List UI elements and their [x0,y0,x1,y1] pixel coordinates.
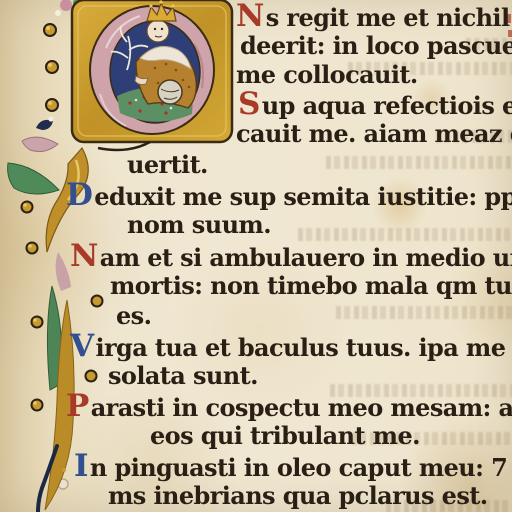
verse-text: uertit. [127,150,208,179]
verse-initial: P [66,388,89,424]
showthrough-line [326,156,512,169]
manuscript-line: Parasti in cospectu meo mesam: adu [66,392,512,422]
verse-text: deerit: in loco pascue i [240,31,512,60]
manuscript-line: nom suum. [127,211,271,239]
manuscript-line: cauit me. aiam meaz co [236,120,512,148]
manuscript-line: es. [116,302,151,330]
manuscript-line: Ns regit me et nichil [236,2,509,32]
manuscript-line: Nam et si ambulauero in medio um [70,242,512,272]
verse-text: mortis: non timebo mala qm tu me [110,271,512,300]
verse-text: ms inebrians qua pclarus est. [108,481,488,510]
verse-initial: D [66,177,92,213]
manuscript-line: mortis: non timebo mala qm tu me [110,272,512,300]
manuscript-line: Sup aqua refectiois ed [238,90,512,120]
manuscript-line: uertit. [127,151,208,179]
verse-initial: N [70,238,98,274]
manuscript-line: solata sunt. [108,362,258,390]
manuscript-line: Deduxit me sup semita iustitie: ppt [66,181,512,211]
illuminated-initial [70,0,236,164]
manuscript-line: Virga tua et baculus tuus. ipa me co [70,332,512,362]
tail-pink [56,252,71,291]
showthrough-line [298,228,512,241]
verse-text: up aqua refectiois ed [262,91,512,120]
manuscript-line: eos qui tribulant me. [150,422,420,450]
verse-text: n pinguasti in oleo caput meu: 7 ca [90,453,512,482]
green-leaf [8,163,59,194]
manuscript-line: me collocauit. [236,61,418,89]
verse-text: arasti in cospectu meo mesam: adu [91,393,512,422]
verse-text: irga tua et baculus tuus. ipa me co [95,333,512,362]
verse-text: am et si ambulauero in medio um [100,243,512,272]
manuscript-line: deerit: in loco pascue i [240,32,512,60]
manuscript-line: In pinguasti in oleo caput meu: 7 ca [74,452,512,482]
verse-initial: N [236,0,264,34]
verse-initial: V [70,328,93,364]
pink-curl [22,137,58,151]
verse-text: nom suum. [127,210,271,239]
verse-text: s regit me et nichil [266,3,510,32]
verse-text: es. [116,301,151,330]
verse-initial: S [238,86,260,122]
verse-text: eos qui tribulant me. [150,421,420,450]
showthrough-line [336,306,512,319]
verse-text: me collocauit. [236,60,418,89]
verse-initial: I [74,448,88,484]
verse-text: eduxit me sup semita iustitie: ppt [94,182,512,211]
king-head [147,20,169,42]
manuscript-page: Ns regit me et nichil deerit: in loco pa… [0,0,512,512]
verse-text: solata sunt. [108,361,258,390]
manuscript-line: ms inebrians qua pclarus est. [108,482,488,510]
verse-text: cauit me. aiam meaz co [236,119,512,148]
